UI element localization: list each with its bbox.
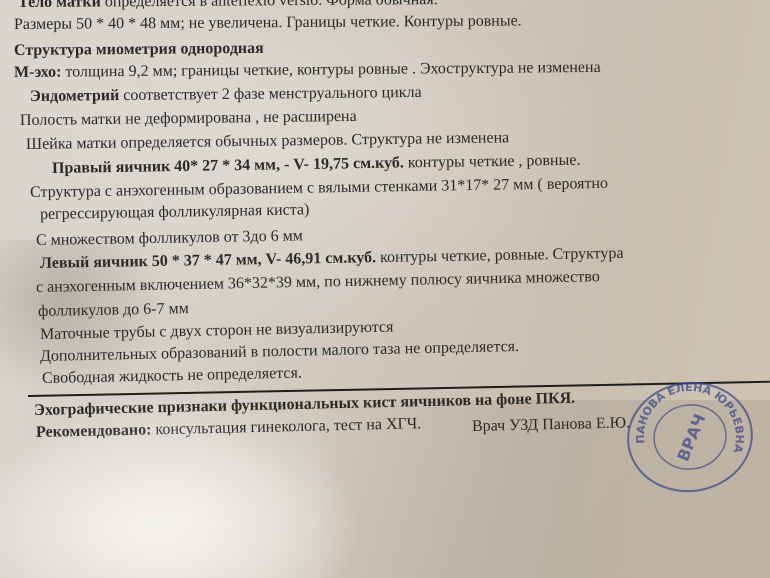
report-line: фолликулов до 6-7 мм xyxy=(38,300,189,321)
report-line-text: определяется в anteflexio versio. Форма … xyxy=(101,0,438,10)
report-line-text: С множеством фолликулов от 3до 6 мм xyxy=(36,227,303,249)
report-line-text: фолликулов до 6-7 мм xyxy=(38,300,189,320)
report-line-text: соответствует 2 фазе менструального цикл… xyxy=(119,84,422,104)
report-line-label: Тело матки xyxy=(18,0,101,11)
report-line-text: однородная xyxy=(176,40,263,58)
report-line-text: толщина 9,2 мм; границы четкие, контуры … xyxy=(61,59,600,81)
report-line: Структура миометрия однородная xyxy=(14,40,264,60)
report-line-label: Эндометрий xyxy=(30,87,119,105)
report-line-text: регрессирующая фолликулярная киста) xyxy=(40,201,310,223)
report-line: Размеры 50 * 40 * 48 мм; не увеличена. Г… xyxy=(14,12,522,34)
report-line-text: Полость матки не деформирована , не расш… xyxy=(20,108,357,129)
report-line-label: Структура миометрия xyxy=(14,41,177,59)
light-glare xyxy=(0,380,380,578)
report-line-text: контуры четкие , ровные. xyxy=(404,152,581,172)
doctor-stamp: ПАНОВА ЕЛЕНА ЮРЬЕВНА ВРАЧ xyxy=(612,369,767,505)
signature: Врач УЗД Панова Е.Ю. xyxy=(472,414,631,436)
report-line-label: М-эхо: xyxy=(14,64,62,81)
stamp-icon: ПАНОВА ЕЛЕНА ЮРЬЕВНА ВРАЧ xyxy=(612,369,767,505)
report-line-text: контуры четкие, ровные. Структура xyxy=(376,245,624,266)
svg-text:ВРАЧ: ВРАЧ xyxy=(673,411,709,464)
report-line-text: Размеры 50 * 40 * 48 мм; не увеличена. Г… xyxy=(14,12,522,33)
